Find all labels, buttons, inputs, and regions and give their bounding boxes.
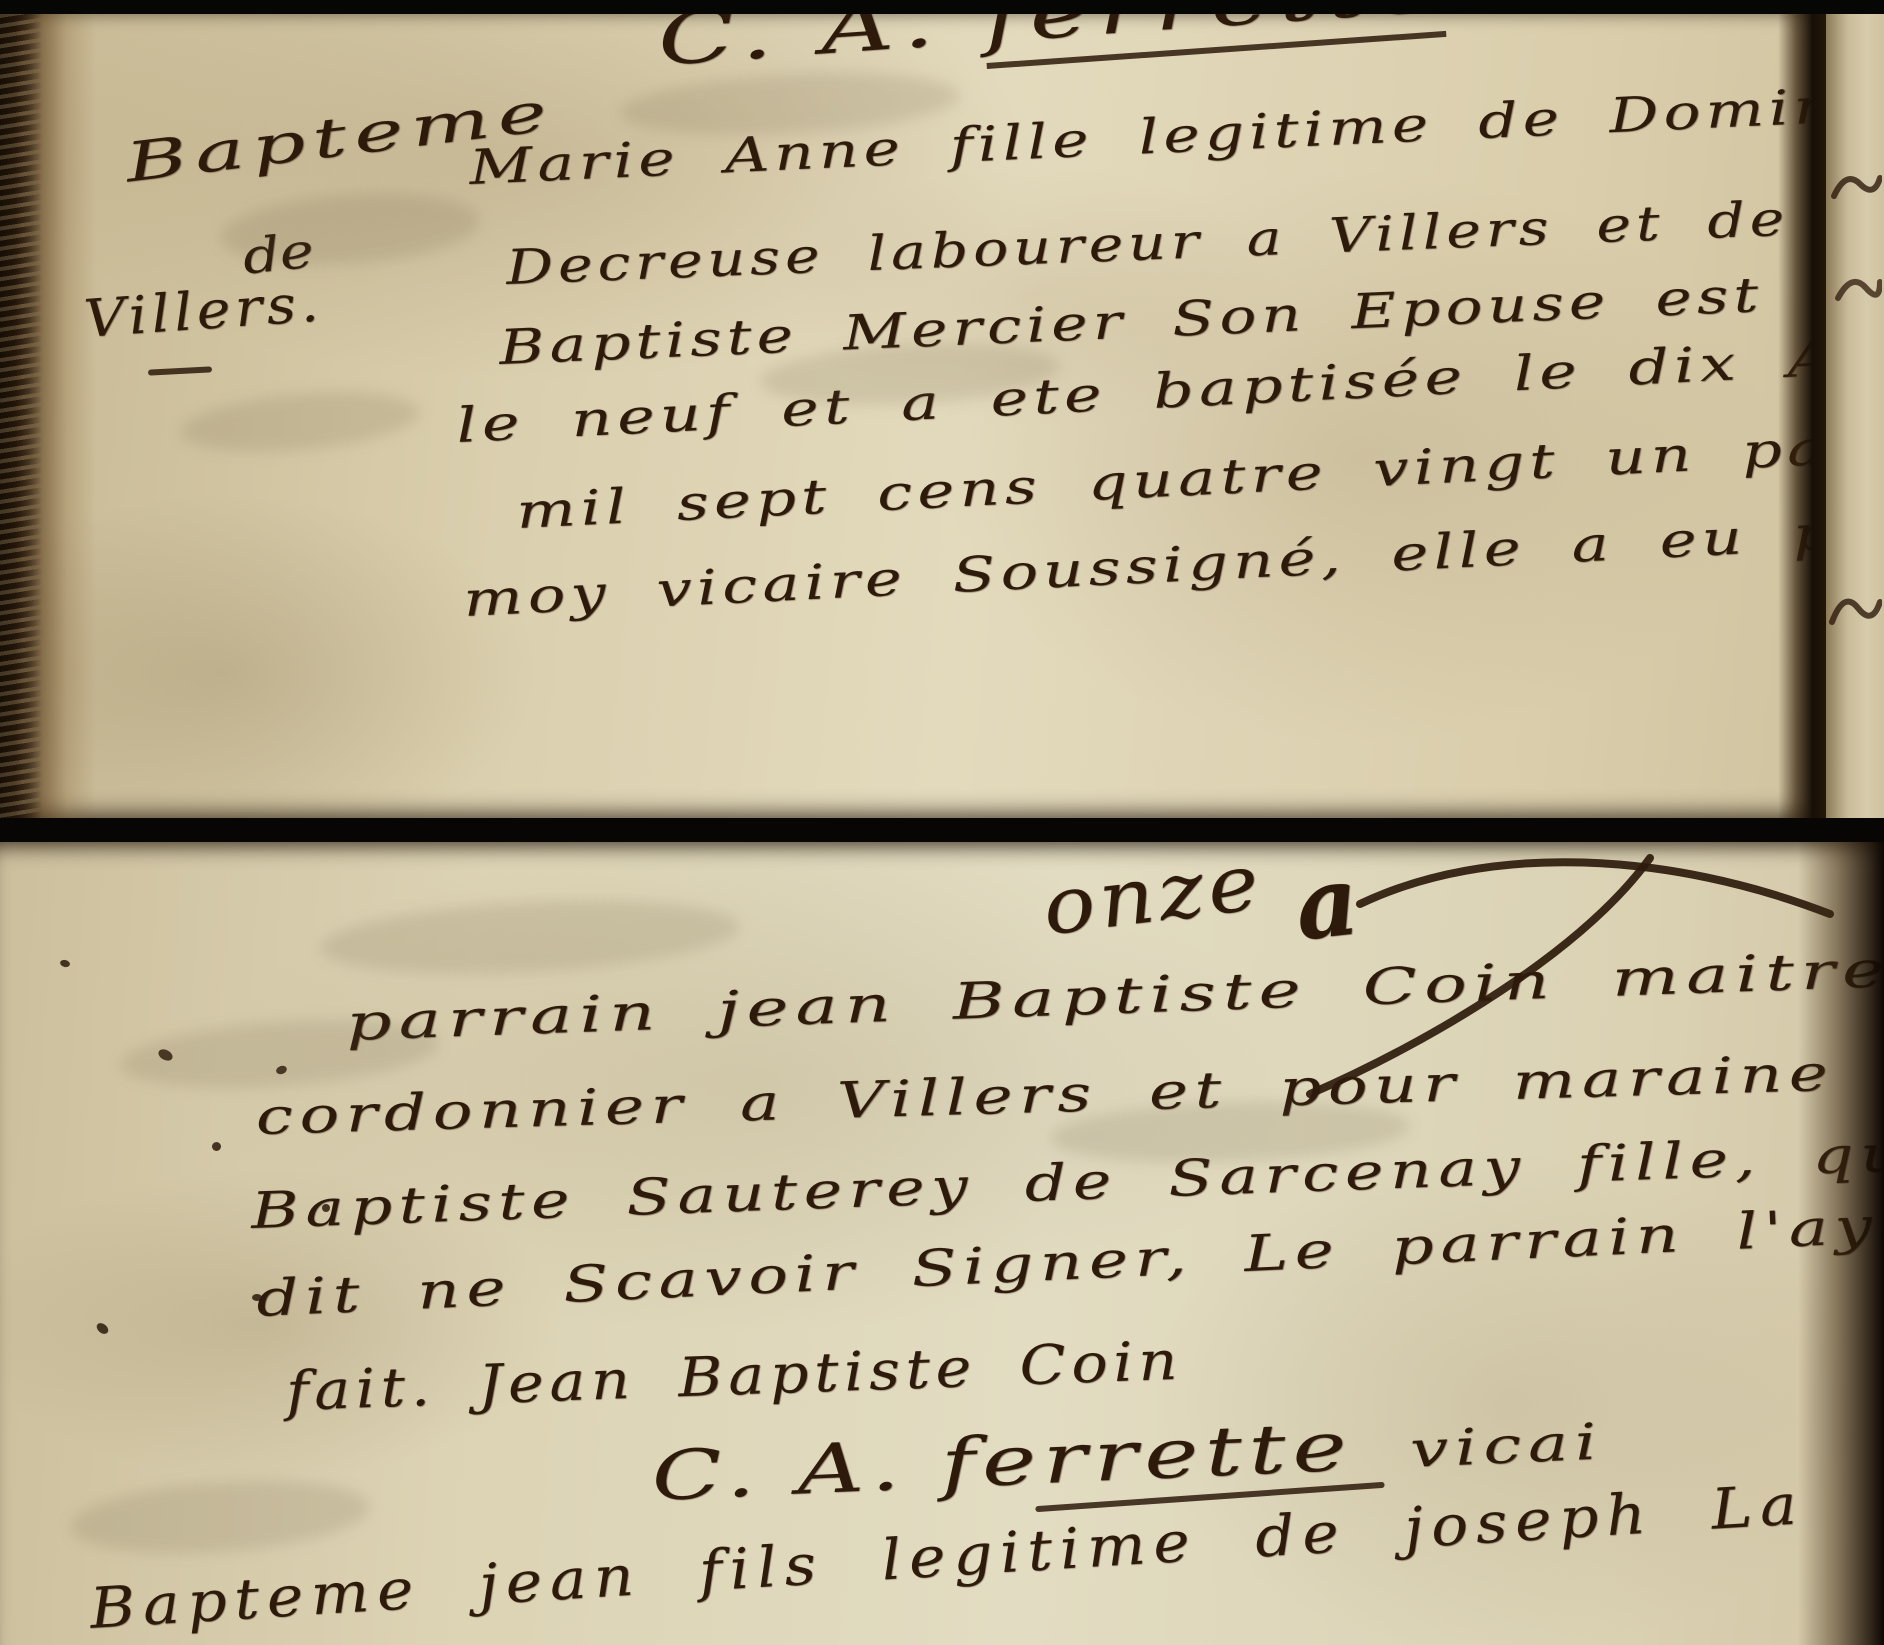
ink-showthrough — [218, 185, 482, 273]
edge-text-fragment — [1834, 262, 1882, 318]
ink-blot — [212, 1142, 221, 1151]
signature-name: ferrette — [981, 14, 1447, 69]
page-edge-shadow — [1778, 14, 1826, 818]
ink-blot — [59, 959, 70, 968]
signature-initials: C. A. — [655, 14, 945, 82]
margin-underline — [148, 366, 212, 375]
edge-text-fragment — [1828, 574, 1882, 644]
ink-showthrough — [68, 1472, 372, 1563]
edge-text-fragment — [1830, 156, 1882, 216]
page-stack-edges — [0, 14, 42, 818]
signature-title-abbrev: vicai — [1409, 1412, 1604, 1478]
ink-blot — [95, 1321, 111, 1336]
margin-note-villers: Villers. — [82, 273, 325, 350]
priest-signature-heading: C. A.ferrette — [655, 14, 1446, 82]
ink-showthrough — [178, 384, 422, 461]
panel-divider — [0, 818, 1884, 842]
manuscript-photo-stage: C. A.ferrette Bapteme de Villers. Marie … — [0, 0, 1884, 1645]
signature-initials: C. A. — [650, 1427, 908, 1517]
ink-blot — [252, 1294, 262, 1301]
manuscript-line: fait. Jean Baptiste Coin — [285, 1329, 1184, 1423]
bottom-page-photo: onze a parrain jean Baptiste Coin maitre… — [0, 842, 1884, 1645]
page-edge-shadow — [1798, 842, 1884, 1645]
ink-showthrough — [318, 891, 741, 983]
facing-page-sliver — [1826, 14, 1884, 818]
ink-blot — [322, 1204, 330, 1212]
top-page-photo: C. A.ferrette Bapteme de Villers. Marie … — [0, 14, 1884, 818]
